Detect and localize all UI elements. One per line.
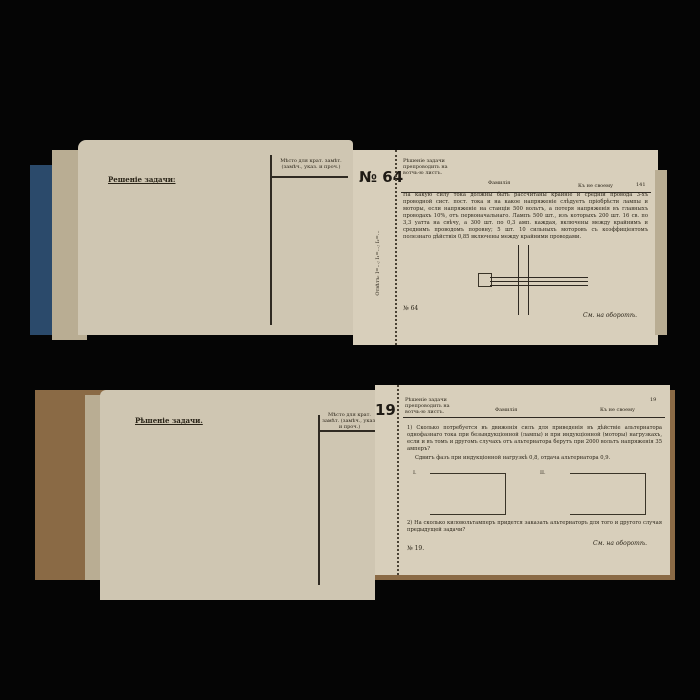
header-center: Фамилія xyxy=(495,407,517,413)
bottom-right-page: 19 Рѣшеніе задачи препроводить на вотчь-… xyxy=(375,385,670,575)
answer-side-text: Отвѣтъ: I=...; I₁=...; I₂=... xyxy=(375,218,381,308)
margin-divider xyxy=(318,415,320,585)
header-center: Фамилія xyxy=(488,180,510,186)
problem-text: На какую силу тока должны быть рассчитан… xyxy=(403,192,648,241)
diagram-label-2: II. xyxy=(540,470,546,476)
margin-note-underline xyxy=(272,176,348,178)
wire xyxy=(490,285,588,286)
diagram-label-1: I. xyxy=(413,470,417,476)
perforation-line xyxy=(397,385,399,575)
wire xyxy=(518,245,519,315)
margin-divider xyxy=(270,155,272,325)
header-right: Къ не своему xyxy=(600,407,635,413)
top-right-page: № 64 Рѣшеніе задачи препроводить на вотч… xyxy=(353,150,658,345)
footer-turn-over: См. на обоpотѣ. xyxy=(593,540,647,547)
solution-label: Решеніе задачи: xyxy=(108,175,175,184)
header-left: Рѣшеніе задачи препроводить на вотчь-ю л… xyxy=(403,158,463,176)
wire xyxy=(528,245,529,315)
wire xyxy=(490,277,588,278)
wire xyxy=(490,281,588,282)
margin-note-underline xyxy=(320,430,375,432)
margin-note: Мѣсто для крат. замѣт. (замѣч., указ. и … xyxy=(322,412,377,430)
top-left-page: Решеніе задачи: Мѣсто для крат. замѣт. (… xyxy=(78,140,353,335)
top-booklet-right-stack xyxy=(655,170,667,335)
margin-note: Мѣсто для крат. замѣт. (замѣч., указ. и … xyxy=(276,158,346,170)
footer-turn-over: См. на обоpотѣ. xyxy=(583,312,637,319)
header-left: Рѣшеніе задачи препроводить на вотчь-ю л… xyxy=(405,397,465,415)
bottom-left-page: Рѣшеніе задачи. Мѣсто для крат. замѣт. (… xyxy=(100,390,375,600)
perforation-line xyxy=(395,150,397,345)
page-number: 141 xyxy=(636,182,646,188)
header-right: Къ не своему xyxy=(578,183,613,189)
circuit-diagram xyxy=(478,245,588,315)
header-rule xyxy=(403,417,665,418)
solution-label: Рѣшеніе задачи. xyxy=(135,416,203,425)
problem-number: 19 xyxy=(375,401,396,419)
circuit-diagram-2 xyxy=(570,473,646,515)
page-number: 19 xyxy=(650,397,656,403)
circuit-diagram-1 xyxy=(430,473,506,515)
question-1-note: Сдвигъ фазъ при индукціонной нагрузкѣ 0,… xyxy=(415,455,660,462)
footer-number: № 64 xyxy=(403,305,418,312)
question-1: 1) Сколько потребуется въ движенія силъ … xyxy=(407,425,662,453)
question-2: 2) На сколько киловольтамперъ придется з… xyxy=(407,520,662,534)
footer-number: № 19. xyxy=(407,545,424,552)
